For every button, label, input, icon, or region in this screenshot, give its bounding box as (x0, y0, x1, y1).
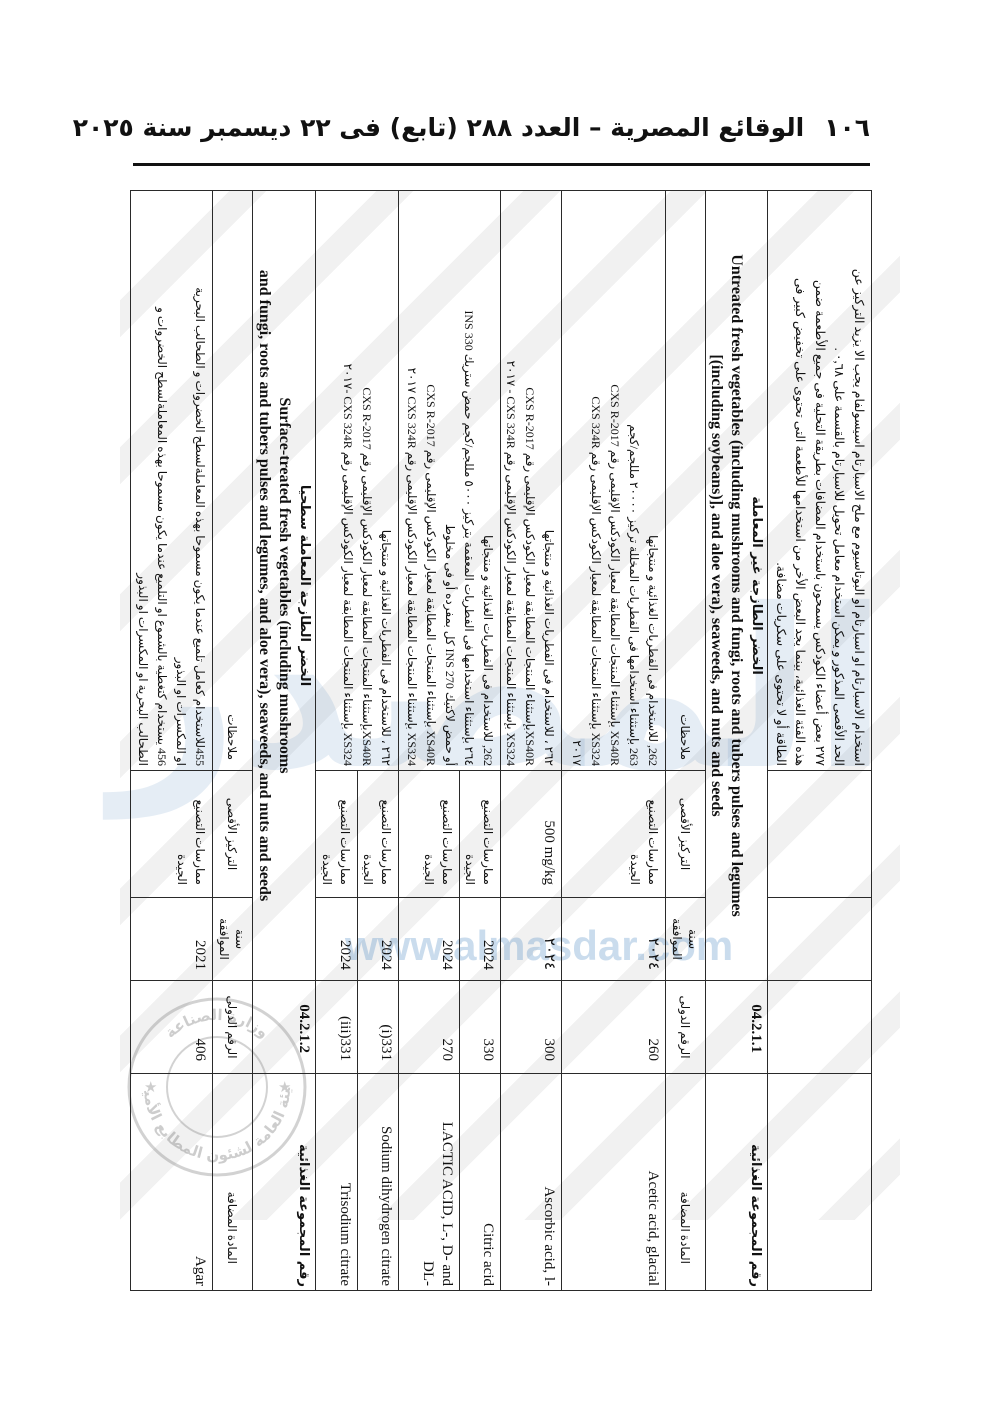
note-line: او المكسرات او البذور (171, 195, 190, 766)
note-line: XS40R بإستثناء المنتجات المطابقة لمعيار … (605, 195, 624, 766)
note-line: 455للاستخدام كعامل تلميع عندما يكون مسمو… (190, 195, 209, 766)
note-line: XS40R بإستثناء المنتجات المطابقة لمعيار … (421, 195, 440, 766)
table-row: Agar 406 2021 ممارسات التصنيع الجيدة 455… (131, 191, 213, 1291)
note-line: الطاقة أو لا تحتوى على سكريات مضافة. (771, 195, 791, 766)
category-row: رقم المجموعة الغذائية 04.2.1.1 الخضر الط… (706, 191, 768, 1291)
category-number-label: رقم المجموعة الغذائية (253, 1074, 316, 1291)
column-header-row: المادة المضافة الرقم الدولى سنة الموافقة… (213, 191, 253, 1291)
note-line: 263 بإستثناء استخدامها فى الفطريات المخل… (624, 195, 643, 766)
note-line: ٢٦٤ بإستثناء استخدامها فى الفطريات المعق… (459, 195, 478, 766)
year-adopted: 2021 (131, 898, 213, 981)
max-level: ممارسات التصنيع الجيدة (131, 771, 213, 898)
empty-cell (768, 981, 872, 1074)
category-name-english: [(including soybeans)], and aloe vera), … (706, 195, 726, 976)
header-year: سنة الموافقة (670, 913, 702, 965)
gazette-title: الوقائع المصرية – العدد ٢٨٨ (تابع) فى ٢٢… (73, 113, 804, 142)
additive-name: Agar (190, 1078, 209, 1286)
notes-cell: ٢٦٢ ، للاستخدام فى الفطريات الغذائية و م… (501, 191, 562, 771)
note-line: XS324 بإستثناء المنتجات المطابقة لمعيار … (586, 195, 605, 766)
year-adopted: 2024 (316, 898, 358, 981)
category-number: 04.2.1.1 (706, 981, 768, 1074)
max-level: 500 mg/kg (539, 820, 558, 885)
header-year-cell: سنة الموافقة (666, 898, 706, 981)
note-line: ٢٦٢ ، للاستخدام فى الفطريات الغذائية و م… (539, 195, 558, 766)
header-ins-number: الرقم الدولى (213, 981, 253, 1074)
category-name-english: and fungi, roots and tubers pulses and l… (254, 195, 274, 976)
additive-cell: Trisodium citrate (316, 1074, 358, 1291)
max-level: ممارسات التصنيع الجيدة (316, 771, 358, 898)
ins-number: 300 (501, 981, 562, 1074)
continuation-row: استخدام الاسبارتام او اسبارتام او البوتا… (768, 191, 872, 1291)
header-additive: المادة المضافة (666, 1074, 706, 1291)
table-row: Acetic acid, glacial 260 ٢٠٢٤ ممارسات ال… (562, 191, 666, 1291)
category-name-arabic: الخضر الطازجة المعاملة سطحيا (294, 195, 314, 976)
empty-cell (768, 898, 872, 981)
note-line: 456 يستخدام كتغطية بالشموع او التلميع عن… (152, 195, 171, 766)
max-level-cell: 500 mg/kg (501, 771, 562, 898)
food-additives-table: استخدام الاسبارتام او اسبارتام او البوتا… (130, 190, 872, 1291)
year-adopted: 2024 (358, 898, 399, 981)
note-line: XS324 بإستثناء المنتجات المطابقة لمعيار … (338, 195, 357, 766)
max-level: ممارسات التصنيع الجيدة (358, 771, 399, 898)
table-row: Ascorbic acid, l- 300 ٢٠٢٤ 500 mg/kg ٢٦٢… (501, 191, 562, 1291)
header-ins-number: الرقم الدولى (666, 981, 706, 1074)
year-adopted: 2024 (399, 898, 460, 981)
notes-cell: 262, للاستخدام فى الفطريات الغذائية و من… (562, 191, 666, 771)
note-line: 262, للاستخدام فى الفطريات الغذائية و من… (643, 195, 662, 766)
category-number: 04.2.1.2 (253, 981, 316, 1074)
header-additive: المادة المضافة (213, 1074, 253, 1291)
empty-cell (768, 771, 872, 898)
continuation-notes-cell: استخدام الاسبارتام او اسبارتام او البوتا… (768, 191, 872, 771)
header-year-cell: سنة الموافقة (213, 898, 253, 981)
ins-number: 331(i) (358, 981, 399, 1074)
header-year: سنة الموافقة (217, 913, 249, 965)
note-line: الطحالب البحرية او المكسرات او البذور (133, 195, 152, 766)
additive-name: LACTIC ACID, L-, D- and DL- (418, 1114, 456, 1286)
header-notes: ملاحظات (213, 191, 253, 771)
note-line: ٢٧٧ بعض أعضاء الكودكس يسمحون باستخدام ال… (810, 195, 830, 766)
page-header: ١٠٦الوقائع المصرية – العدد ٢٨٨ (تابع) فى… (73, 108, 870, 148)
category-name-cell: الخضر الطازجة المعاملة سطحيا Surface-tre… (253, 191, 316, 981)
category-number-label: رقم المجموعة الغذائية (706, 1074, 768, 1291)
note-line: XS324 بإستثناء المنتجات المطابقة لمعيار … (402, 195, 421, 766)
additive-cell: Citric acid (460, 1074, 501, 1291)
category-row: رقم المجموعة الغذائية 04.2.1.2 الخضر الط… (253, 191, 316, 1291)
category-name-english: Untreated fresh vegetables (including mu… (726, 195, 746, 976)
additive-cell: Sodium dihydrogen citrate (358, 1074, 399, 1291)
max-level: ممارسات التصنيع الجيدة (399, 771, 460, 898)
header-divider (133, 163, 870, 166)
table-row: Sodium dihydrogen citrate 331(i) 2024 مم… (358, 191, 399, 1291)
note-line: XS40Rبإستثناء المنتجات المطابقة لمعيار ا… (520, 195, 539, 766)
notes-cell: 262, للاستخدام فى الفطريات الغذائية و من… (399, 191, 501, 771)
page-number: ١٠٦ (824, 113, 870, 142)
additive-cell: Acetic acid, glacial (562, 1074, 666, 1291)
additive-cell: Ascorbic acid, l- (501, 1074, 562, 1291)
note-line: ٢٦٢ ، للاستخدام فى الفطريات الغذائية و م… (376, 195, 395, 766)
year-adopted: ٢٠٢٤ (562, 898, 666, 981)
note-line: استخدام الاسبارتام او اسبارتام او البوتا… (849, 195, 869, 766)
max-level: ممارسات التصنيع الجيدة (562, 771, 666, 898)
note-line: XS324 بإستثناء المنتجات المطابقة لمعيار … (501, 195, 520, 766)
ins-number: 270 (399, 981, 460, 1074)
note-line: الحد الأقصى المذكور و يمكن استخدام معامل… (829, 195, 849, 766)
notes-cell: 455للاستخدام كعامل تلميع عندما يكون مسمو… (131, 191, 213, 771)
year-adopted: 2024 (460, 898, 501, 981)
category-name-arabic: الخضر الطازجة غير المعاملة (746, 195, 766, 976)
notes-cell: ٢٦٢ ، للاستخدام فى الفطريات الغذائية و م… (316, 191, 399, 771)
empty-cell (768, 1074, 872, 1291)
note-line: 262, للاستخدام فى الفطريات الغذائية و من… (478, 195, 497, 766)
ins-number: 330 (460, 981, 501, 1074)
category-name-cell: الخضر الطازجة غير المعاملة Untreated fre… (706, 191, 768, 981)
note-line: XS40Rبإستثناء المنتجات المطابقة لمعيار ا… (357, 195, 376, 766)
header-max-level: التركيز الأقصى (666, 771, 706, 898)
year-adopted: ٢٠٢٤ (501, 898, 562, 981)
note-line: هذه الفئة الغذائية، بينما يجد البعض الأخ… (790, 195, 810, 766)
note-line: ٢٠١٧ (567, 195, 586, 766)
ins-number: 260 (562, 981, 666, 1074)
table-container: استخدام الاسبارتام او اسبارتام او البوتا… (133, 190, 872, 1290)
ins-number: 331(iii) (316, 981, 358, 1074)
column-header-row: المادة المضافة الرقم الدولى سنة الموافقة… (666, 191, 706, 1291)
additive-name: Trisodium citrate (335, 1078, 354, 1286)
additive-name: Ascorbic acid, l- (539, 1078, 558, 1286)
additive-name: Acetic acid, glacial (643, 1078, 662, 1286)
additive-cell: LACTIC ACID, L-, D- and DL- (399, 1074, 460, 1291)
header-notes: ملاحظات (666, 191, 706, 771)
additive-name: Citric acid (478, 1078, 497, 1286)
table-row: Citric acid 330 2024 ممارسات التصنيع الج… (460, 191, 501, 1291)
additive-cell: Agar (131, 1074, 213, 1291)
category-name-english: Surface-treated fresh vegetables (includ… (274, 195, 294, 976)
additive-name: Sodium dihydrogen citrate (376, 1078, 395, 1286)
header-max-level: التركيز الأقصى (213, 771, 253, 898)
max-level: ممارسات التصنيع الجيدة (460, 771, 501, 898)
ins-number: 406 (131, 981, 213, 1074)
note-line: أو حمض لاكتيك INS 270 كل بمفرده أو فى مخ… (440, 195, 459, 766)
